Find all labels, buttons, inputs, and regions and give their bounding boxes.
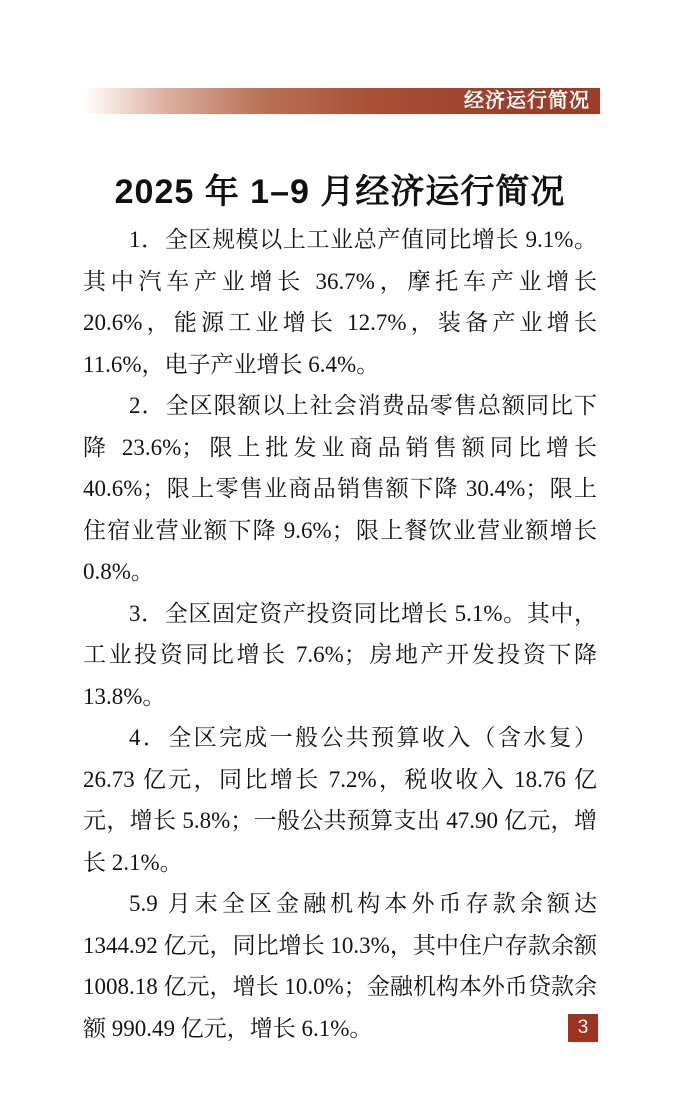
section-band: 经济运行简况 — [83, 88, 600, 114]
body-paragraph-3: 3．全区固定资产投资同比增长 5.1%。其中，工业投资同比增长 7.6%；房地产… — [83, 593, 597, 718]
document-body: 1．全区规模以上工业总产值同比增长 9.1%。其中汽车产业增长 36.7%，摩托… — [83, 219, 597, 1049]
body-paragraph-5: 5.9 月末全区金融机构本外币存款余额达 1344.92 亿元，同比增长 10.… — [83, 883, 597, 1049]
page-title: 2025 年 1–9 月经济运行简况 — [0, 164, 680, 213]
section-band-label: 经济运行简况 — [464, 91, 590, 111]
body-paragraph-4: 4．全区完成一般公共预算收入（含水复）26.73 亿元，同比增长 7.2%，税收… — [83, 717, 597, 883]
body-paragraph-1: 1．全区规模以上工业总产值同比增长 9.1%。其中汽车产业增长 36.7%，摩托… — [83, 219, 597, 385]
body-paragraph-2: 2．全区限额以上社会消费品零售总额同比下降 23.6%；限上批发业商品销售额同比… — [83, 385, 597, 593]
page-number-badge: 3 — [568, 1014, 598, 1042]
